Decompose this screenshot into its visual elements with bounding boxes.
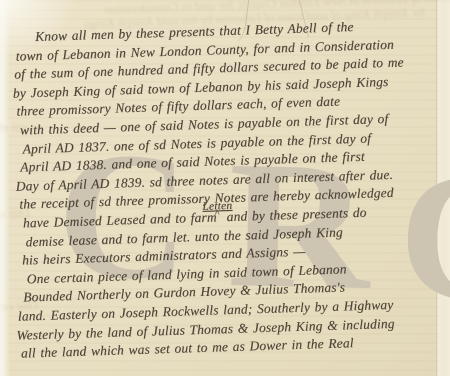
line-segment: and by these presents do	[226, 205, 366, 224]
manuscript-text: Know all men by these presents that I Be…	[9, 15, 449, 363]
manuscript-scan: town of Lebanon in New London County, fo…	[0, 0, 450, 376]
caret-mark-icon: ^	[214, 206, 219, 225]
